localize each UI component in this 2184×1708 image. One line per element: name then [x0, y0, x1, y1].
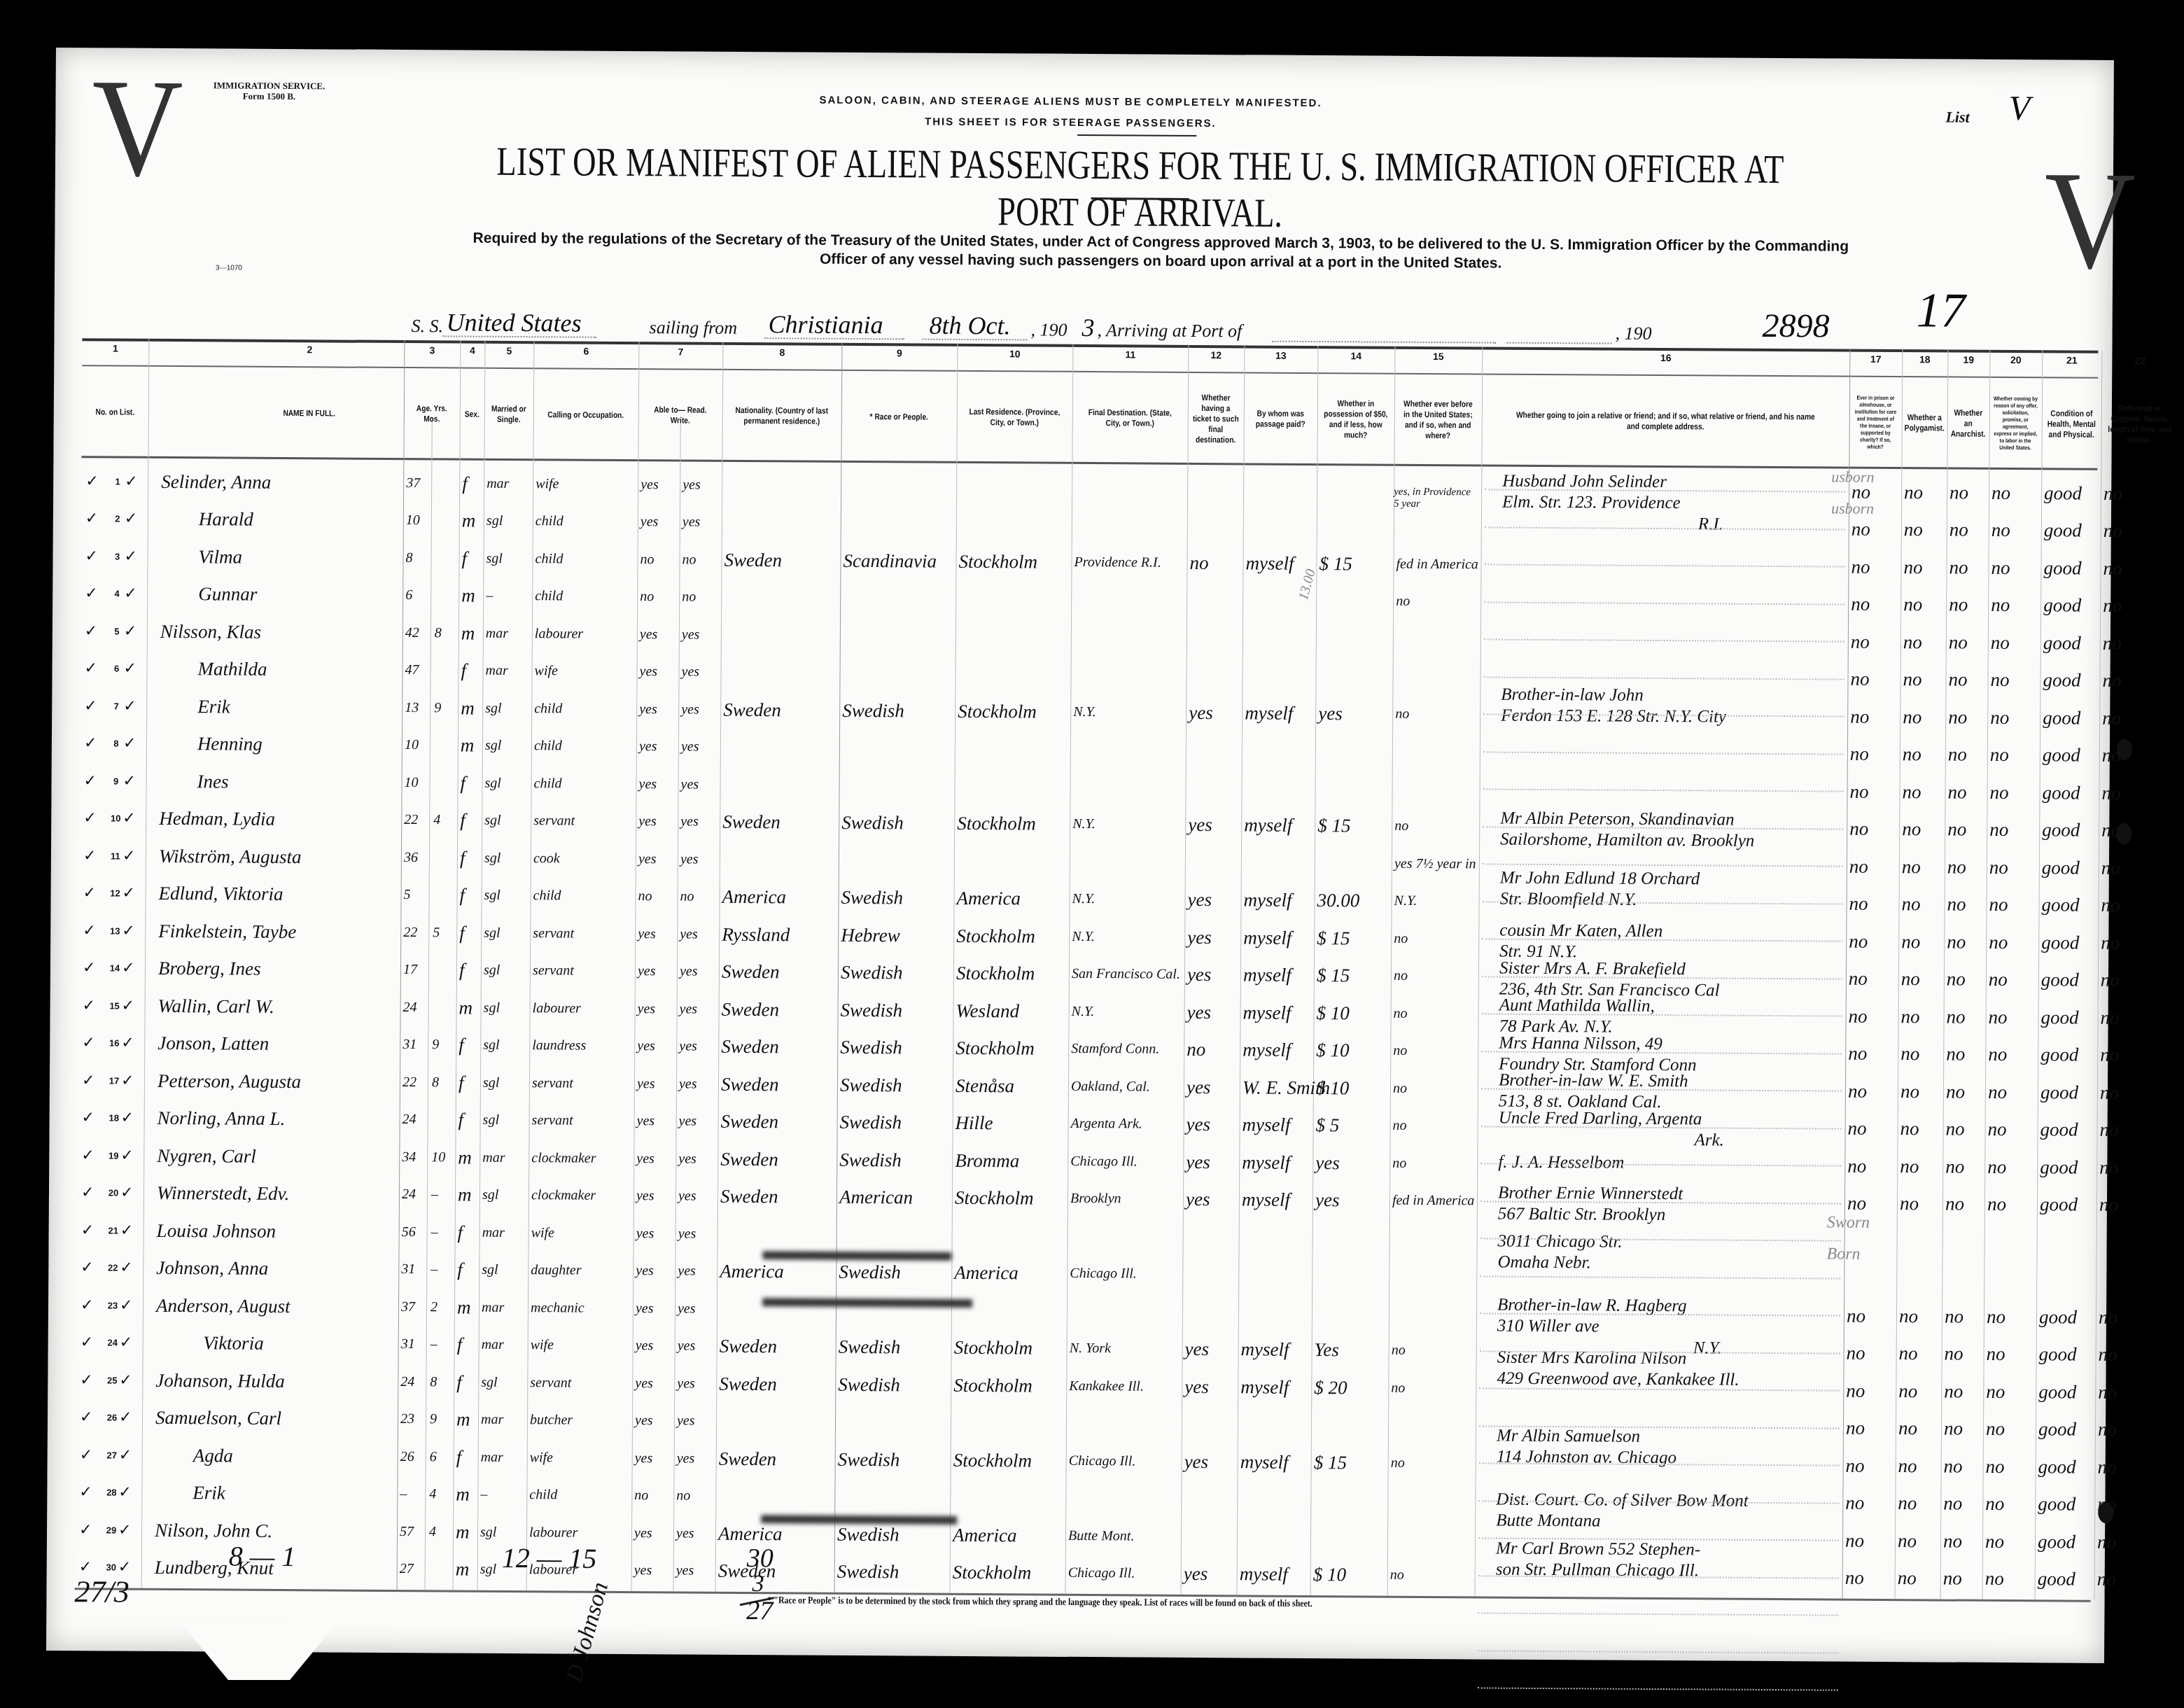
cell-write: yes: [679, 1063, 718, 1104]
cell-health: good: [2043, 697, 2099, 738]
cell-money: [1319, 468, 1394, 510]
cell-nationality: [724, 615, 840, 656]
cell-occupation: butcher: [530, 1400, 632, 1441]
cell-nationality: [722, 764, 839, 806]
cell-health: good: [2038, 1371, 2095, 1412]
cell-before-us: no: [1394, 955, 1478, 997]
year-prefix: , 190: [1030, 320, 1067, 341]
cell-money: yes: [1318, 693, 1392, 734]
cell-ticket: [1185, 1217, 1238, 1257]
cell-marital: mar: [485, 650, 531, 691]
cell-c19: no: [1945, 1184, 1984, 1224]
cell-before-us: no: [1390, 1555, 1475, 1596]
cell-paid-by: [1246, 468, 1317, 509]
cell-before-us: no: [1391, 1330, 1476, 1371]
cell-no: 4: [110, 573, 124, 614]
cell-paid-by: [1245, 655, 1315, 696]
cell-destination: N.Y.: [1071, 991, 1184, 1032]
cell-mos: [433, 875, 456, 916]
column-header: NAME IN FULL.: [172, 377, 447, 449]
cell-marital: sgl: [482, 1100, 528, 1140]
cell-destination: [1074, 579, 1186, 620]
check-mark-icon: ✓: [119, 1397, 132, 1438]
cell-c20: no: [1986, 1333, 2036, 1374]
cell-c17: no: [1851, 547, 1900, 587]
cell-sex: m: [456, 1512, 477, 1553]
cell-destination: N.Y.: [1073, 692, 1186, 733]
cell-c17: no: [1845, 1520, 1895, 1561]
cell-sex: f: [456, 1362, 478, 1403]
cell-occupation: daughter: [531, 1250, 633, 1291]
cell-deformed: no: [2099, 1184, 2173, 1226]
cell-read: yes: [637, 988, 676, 1029]
cell-mos: [433, 837, 457, 878]
cell-c20: no: [1991, 510, 2041, 550]
column-header: By whom was passage paid?: [1249, 384, 1312, 454]
column-header: Able to— Read. Write.: [645, 380, 717, 451]
cell-race: Scandinavia: [843, 540, 955, 582]
cell-before-us: [1396, 619, 1480, 660]
cell-race: Swedish: [841, 952, 953, 993]
cell-yrs: 31: [402, 1025, 428, 1065]
cell-race: [838, 1401, 951, 1443]
cell-no: 27: [105, 1434, 119, 1475]
cell-ticket: yes: [1188, 804, 1241, 845]
cell-ticket: yes: [1186, 1104, 1239, 1144]
cell-sex: m: [461, 688, 482, 729]
check-mark-icon: ✓: [125, 498, 138, 539]
cell-health: good: [2044, 510, 2101, 551]
check-mark-icon: ✓: [82, 985, 95, 1025]
check-mark-icon: ✓: [122, 798, 136, 839]
cell-health: good: [2041, 885, 2098, 925]
cell-c17: no: [1849, 958, 1898, 999]
cell-c20: [1987, 1259, 2036, 1299]
cell-destination: Oakland, Cal.: [1071, 1066, 1184, 1107]
cell-no: 3: [110, 535, 124, 576]
cell-mos: [435, 463, 459, 503]
cell-c18: no: [1903, 659, 1945, 700]
cell-deformed: no: [2098, 1334, 2172, 1375]
cell-c19: [1945, 1259, 1984, 1299]
cell-sex: m: [458, 988, 480, 1028]
cell-write: yes: [680, 801, 720, 842]
cell-c19: no: [1948, 659, 1987, 700]
cell-race: [839, 1214, 951, 1256]
cell-mos: 4: [429, 1474, 453, 1515]
cell-residence: Stockholm: [955, 1177, 1067, 1219]
column-header: Sex.: [461, 379, 482, 449]
cell-health: good: [2041, 922, 2098, 962]
column-number: 5: [484, 345, 533, 356]
check-mark-icon: ✓: [122, 911, 135, 951]
cell-deformed: no: [2101, 848, 2176, 889]
cell-destination: [1074, 467, 1187, 508]
cell-mos: 6: [430, 1436, 454, 1477]
cell-ticket: yes: [1184, 1366, 1238, 1407]
cell-write: yes: [678, 1288, 717, 1329]
cell-yrs: 6: [405, 575, 430, 616]
cell-health: good: [2042, 810, 2099, 850]
check-mark-icon: ✓: [120, 1172, 134, 1213]
column-number: 10: [957, 348, 1072, 360]
cell-health: good: [2040, 997, 2097, 1037]
cell-write: yes: [676, 1513, 715, 1553]
colnum-rule: [82, 365, 2098, 379]
cell-read: yes: [637, 1063, 676, 1104]
cell-deformed: no: [2100, 997, 2174, 1039]
cell-race: [843, 615, 955, 657]
cell-sex: f: [460, 838, 482, 878]
cell-health: good: [2043, 660, 2099, 701]
cell-c18: no: [1898, 1558, 1940, 1599]
cell-c18: [1899, 1259, 1942, 1299]
cell-yrs: 57: [400, 1511, 425, 1552]
cell-no: 29: [104, 1509, 118, 1550]
cell-before-us: [1396, 506, 1481, 547]
cell-c18: no: [1901, 959, 1944, 1000]
cell-marital: sgl: [481, 1362, 527, 1403]
cell-no: 2: [111, 498, 125, 539]
cell-c17: [1847, 1258, 1896, 1298]
cell-race: [841, 840, 954, 881]
cell-c19: no: [1949, 510, 1989, 550]
cell-residence: Wesland: [955, 990, 1068, 1032]
column-number: 11: [1072, 349, 1188, 360]
cell-marital: mar: [481, 1437, 527, 1478]
cell-residence: [958, 578, 1071, 619]
cell-no: 25: [105, 1359, 119, 1400]
cell-ticket: [1184, 1516, 1237, 1557]
check-mark-icon: ✓: [81, 1172, 94, 1213]
cell-money: [1319, 506, 1394, 547]
cell-sex: m: [456, 1474, 477, 1515]
cell-destination: [1068, 1478, 1181, 1519]
col15-note: yes, in Providence 5 year: [1394, 486, 1471, 511]
cell-yrs: 24: [402, 1175, 427, 1215]
check-mark-icon: ✓: [80, 1397, 93, 1438]
relative-address-line: 429 Greenwood ave, Kankakee Ill.: [1497, 1369, 1739, 1390]
check-mark-icon: ✓: [80, 1359, 93, 1400]
cell-destination: [1072, 841, 1185, 883]
column-number: 9: [841, 347, 957, 359]
cell-destination: Providence R.I.: [1074, 542, 1186, 583]
cell-write: yes: [678, 1251, 717, 1291]
check-mark-icon: ✓: [124, 536, 137, 577]
cell-paid-by: myself: [1245, 692, 1315, 734]
column-header: * Race or People.: [850, 381, 948, 452]
cell-c18: no: [1903, 547, 1946, 587]
cell-yrs: 22: [402, 1062, 428, 1102]
cell-residence: [954, 1215, 1067, 1256]
column-header: Deformed or Crippled. Nature, length of …: [2107, 389, 2173, 460]
cell-destination: N.Y.: [1072, 878, 1184, 920]
cell-deformed: no: [2102, 698, 2176, 739]
cell-paid-by: [1240, 1516, 1310, 1557]
cell-residence: [959, 466, 1072, 507]
cell-marital: mar: [482, 1137, 528, 1178]
cell-ticket: yes: [1189, 692, 1242, 733]
cell-mos: –: [430, 1249, 454, 1290]
address-dotted-rule: [1478, 1650, 1838, 1653]
cell-marital: sgl: [482, 1175, 528, 1215]
cell-paid-by: myself: [1240, 1554, 1310, 1595]
cell-money: $ 15: [1317, 918, 1391, 959]
cell-yrs: 22: [404, 800, 429, 841]
cell-read: yes: [640, 502, 680, 542]
cell-before-us: no: [1392, 1105, 1477, 1147]
cell-ticket: [1190, 505, 1243, 545]
cell-before-us: no: [1396, 581, 1480, 622]
cell-yrs: 24: [402, 987, 428, 1028]
cell-no: 18: [106, 1098, 120, 1138]
list-value: V: [2008, 87, 2030, 128]
cell-deformed: no: [2099, 1147, 2173, 1189]
cell-money: [1313, 1480, 1387, 1521]
cell-c18: no: [1898, 1333, 1941, 1374]
cell-occupation: child: [535, 501, 638, 542]
cell-race: Swedish: [838, 1439, 951, 1480]
column-number: 21: [2042, 354, 2101, 366]
cell-ticket: [1189, 729, 1242, 770]
cell-race: [843, 577, 955, 619]
cell-before-us: N.Y.: [1394, 881, 1478, 922]
cell-money: 30.00: [1317, 881, 1391, 922]
cell-c17: no: [1851, 622, 1900, 662]
cell-yrs: 56: [401, 1212, 426, 1252]
arriving-label: , Arriving at Port of: [1097, 320, 1242, 342]
form-code: 3—1070: [216, 264, 242, 272]
relative-address-line: Mr Albin Samuelson: [1497, 1427, 1640, 1447]
cell-yrs: 22: [403, 912, 428, 953]
cell-health: good: [2038, 1446, 2094, 1487]
cell-ticket: yes: [1187, 917, 1240, 958]
cell-read: yes: [634, 1513, 673, 1553]
cell-mos: [434, 725, 458, 766]
cell-residence: [958, 616, 1071, 657]
cell-c20: no: [1986, 1408, 2036, 1449]
cell-c18: [1899, 1221, 1942, 1261]
cell-deformed: no: [2097, 1447, 2171, 1488]
cell-before-us: no: [1393, 1068, 1478, 1109]
cell-read: no: [638, 876, 677, 917]
cell-sex: f: [458, 1100, 479, 1140]
strike-mark: [762, 1298, 972, 1308]
column-number: 18: [1902, 353, 1947, 365]
cell-occupation: cook: [533, 838, 636, 879]
cell-deformed: no: [2097, 1522, 2171, 1563]
cell-ticket: yes: [1184, 1329, 1238, 1369]
cell-c19: no: [1947, 959, 1986, 1000]
list-label: List: [1945, 108, 1969, 126]
check-mark-icon: ✓: [83, 948, 96, 988]
cell-race: Swedish: [839, 1326, 951, 1368]
cell-destination: Chicago Ill.: [1068, 1553, 1181, 1594]
cell-deformed: no: [2101, 923, 2175, 964]
relative-address-line: Omaha Nebr.: [1497, 1253, 1591, 1273]
column-header: Ever in prison or almshouse, or institut…: [1853, 388, 1898, 458]
cell-marital: sgl: [485, 688, 531, 729]
cell-before-us: [1392, 1255, 1476, 1296]
cell-marital: sgl: [486, 538, 532, 579]
cell-occupation: clockmaker: [531, 1175, 633, 1217]
column-number: 3: [404, 344, 460, 356]
relative-address-line: son Str. Pullman Chicago Ill.: [1496, 1560, 1699, 1581]
cell-money: [1313, 1517, 1387, 1558]
column-number: 12: [1188, 349, 1244, 360]
cell-read: yes: [636, 1288, 675, 1329]
column-header: Whether a Polygamist.: [1905, 388, 1944, 458]
cell-read: yes: [638, 764, 678, 804]
cell-c20: no: [1987, 1296, 2036, 1337]
cell-c18: no: [1899, 1296, 1942, 1336]
cell-write: yes: [681, 689, 720, 729]
cell-residence: Stockholm: [954, 1327, 1067, 1368]
check-mark-icon: ✓: [123, 723, 136, 764]
cell-mos: [433, 762, 457, 803]
check-mark-icon: ✓: [121, 1060, 134, 1101]
cell-c19: no: [1947, 809, 1987, 850]
cell-marital: –: [480, 1474, 526, 1515]
notice-line-2: THIS SHEET IS FOR STEERAGE PASSENGERS.: [545, 113, 1595, 132]
cell-c18: no: [1904, 472, 1947, 512]
cell-c18: no: [1901, 884, 1944, 925]
cell-read: yes: [640, 464, 680, 505]
cell-c19: no: [1949, 472, 1989, 513]
cell-paid-by: [1240, 1404, 1311, 1445]
manifest-table: 1No. on List.2NAME IN FULL.3Age. Yrs. Mo…: [75, 338, 2099, 1604]
cell-c18: no: [1898, 1371, 1941, 1411]
cell-race: Swedish: [842, 690, 955, 731]
cell-c17: no: [1850, 734, 1900, 774]
cell-c20: no: [1987, 1147, 2037, 1187]
cell-c19: no: [1945, 1109, 1984, 1149]
cell-no: 28: [104, 1472, 118, 1513]
cell-c17: no: [1845, 1557, 1895, 1598]
cell-c17: no: [1846, 1333, 1896, 1373]
cell-read: yes: [640, 614, 679, 654]
cell-destination: Brooklyn: [1070, 1178, 1183, 1219]
cell-occupation: labourer: [535, 613, 637, 654]
cell-nationality: [724, 502, 841, 543]
cell-nationality: Sweden: [722, 951, 838, 993]
cell-c17: no: [1849, 846, 1899, 887]
cell-before-us: no: [1392, 1143, 1477, 1184]
cell-before-us: no: [1394, 806, 1479, 847]
cell-sex: m: [456, 1399, 478, 1440]
cell-yrs: 23: [400, 1399, 426, 1440]
relative-address-line: Brother-in-law John: [1501, 685, 1644, 706]
cell-sex: m: [461, 725, 482, 766]
cell-race: [841, 765, 954, 806]
page-title: LIST OR MANIFEST OF ALIEN PASSENGERS FOR…: [496, 138, 1784, 239]
sailing-date: 8th Oct.: [929, 311, 1010, 341]
cell-ticket: yes: [1184, 1553, 1237, 1594]
cell-occupation: wife: [534, 651, 636, 692]
cell-write: yes: [682, 464, 722, 505]
cell-c20: no: [1989, 809, 2039, 850]
cell-deformed: no: [2101, 773, 2176, 814]
cell-read: yes: [636, 1101, 675, 1142]
cell-c17: no: [1850, 696, 1900, 737]
column-header: Last Residence. (Province, City, or Town…: [965, 382, 1064, 453]
cell-marital: sgl: [484, 875, 530, 916]
cell-mos: 9: [432, 1025, 456, 1065]
cell-occupation: wife: [530, 1437, 632, 1478]
cell-nationality: Sweden: [720, 1101, 836, 1142]
cell-no: 19: [106, 1135, 120, 1175]
cell-health: good: [2042, 847, 2099, 888]
cell-read: no: [640, 539, 679, 580]
cell-c19: no: [1947, 884, 1986, 925]
cell-health: good: [2043, 622, 2100, 663]
cell-marital: mar: [482, 1212, 528, 1253]
cell-ticket: [1185, 1291, 1238, 1332]
cell-before-us: yes 7½ year in: [1394, 843, 1479, 885]
cell-money: [1319, 618, 1393, 659]
cell-health: [2039, 1259, 2096, 1300]
cell-health: good: [2040, 1109, 2096, 1150]
cell-c19: no: [1947, 922, 1986, 962]
cell-sex: f: [461, 538, 483, 579]
address-dotted-rule: [1478, 1612, 1838, 1616]
cell-money: $ 15: [1317, 955, 1391, 997]
cell-race: Swedish: [839, 1140, 952, 1181]
cell-yrs: 24: [400, 1361, 426, 1402]
cell-read: yes: [638, 801, 678, 842]
cell-yrs: 27: [400, 1549, 425, 1590]
cell-deformed: no: [2103, 585, 2177, 626]
cell-sex: f: [457, 1324, 479, 1365]
cell-deformed: no: [2103, 473, 2178, 514]
cell-read: yes: [636, 1176, 675, 1217]
cell-nationality: [723, 727, 839, 768]
check-mark-icon: ✓: [83, 835, 97, 876]
tally-left: 27/3: [74, 1574, 129, 1609]
cell-c17: no: [1848, 1033, 1898, 1074]
cell-c19: no: [1944, 1408, 1983, 1449]
port-dotted-line: [764, 337, 904, 339]
check-mark-icon: ✓: [83, 873, 96, 913]
cell-health: good: [2039, 1296, 2096, 1337]
cell-marital: mar: [482, 1324, 528, 1365]
cell-before-us: fed in America: [1396, 544, 1480, 585]
cell-sex: f: [459, 950, 481, 990]
cell-c17: no: [1851, 584, 1900, 624]
cell-c19: no: [1943, 1483, 1982, 1524]
cell-residence: [958, 653, 1070, 694]
check-mark-icon: ✓: [85, 498, 99, 539]
check-mark-icon: ✓: [84, 723, 97, 764]
cell-paid-by: [1244, 842, 1315, 883]
cell-c19: no: [1947, 772, 1987, 813]
cell-paid-by: [1240, 1479, 1310, 1520]
cell-write: yes: [680, 951, 719, 992]
check-mark-icon: ✓: [80, 1284, 94, 1325]
cell-race: [842, 727, 955, 769]
check-mark-icon: ✓: [121, 986, 134, 1026]
cell-yrs: 10: [406, 500, 431, 541]
cell-race: [843, 465, 956, 507]
cell-nationality: [724, 577, 840, 618]
form-identifier: IMMIGRATION SERVICE. Form 1500 B.: [213, 80, 325, 101]
relative-address-line: Mr Carl Brown 552 Stephen-: [1496, 1539, 1700, 1560]
cell-marital: sgl: [482, 1249, 528, 1290]
cell-c19: no: [1947, 847, 1987, 888]
cell-before-us: no: [1393, 993, 1478, 1035]
check-mark-icon: ✓: [120, 1098, 134, 1138]
cell-c18: no: [1901, 921, 1944, 962]
